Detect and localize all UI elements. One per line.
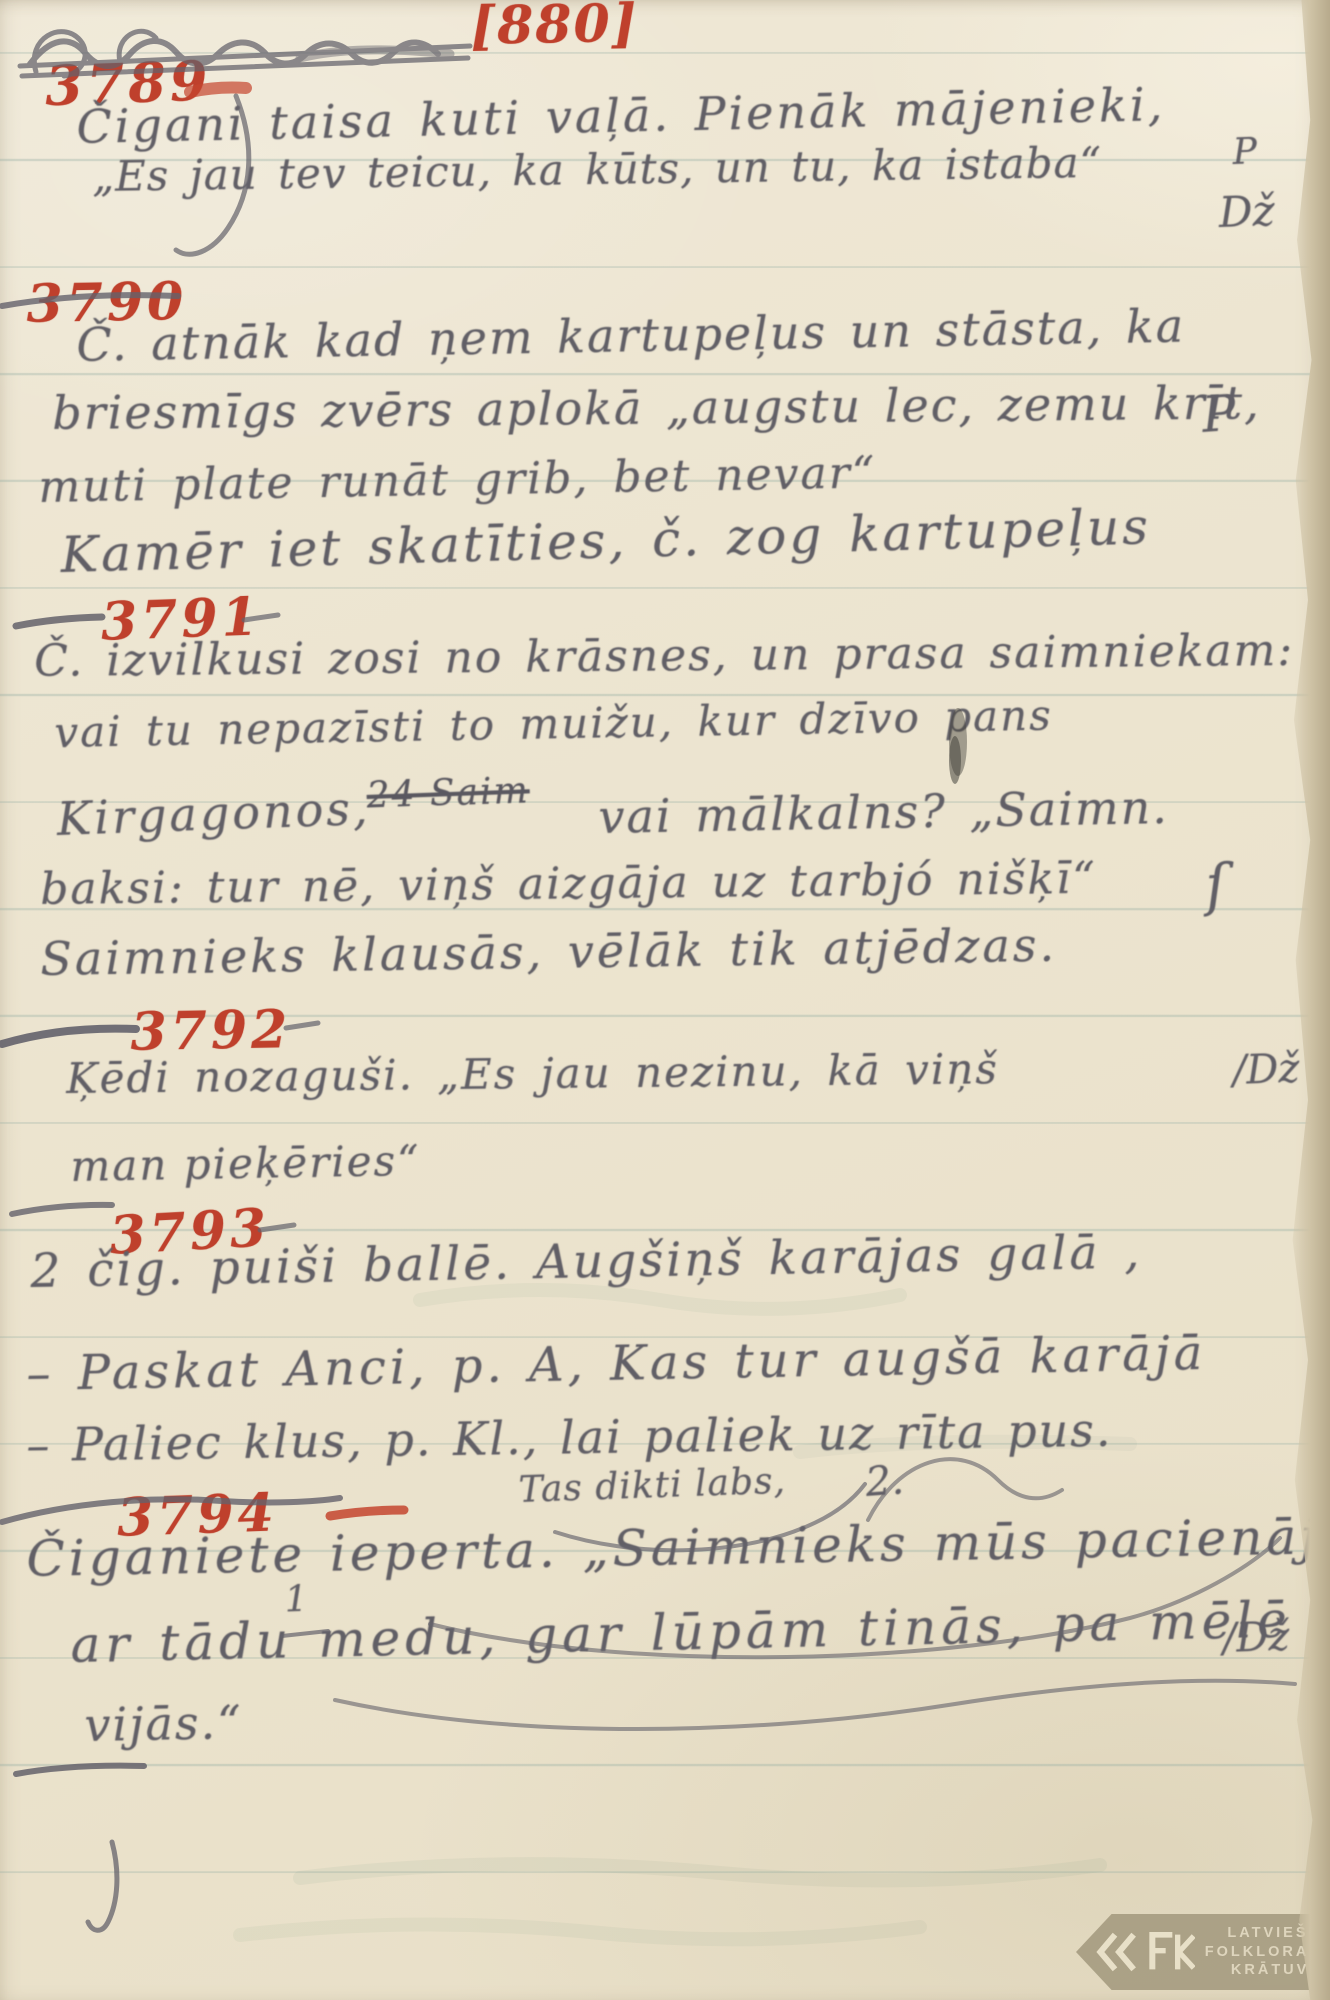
manuscript-line: vai mālkalns? „Saimn. — [598, 780, 1169, 844]
manuscript-line: Č. atnāk kad ņem kartupeļus un stāsta, k… — [76, 299, 1186, 372]
bottom-dash — [16, 1766, 144, 1774]
margin-mark-dz-3: /Dž — [1222, 1614, 1290, 1662]
manuscript-line: Ķēdi nozaguši. „Es jau nezinu, kā viņš — [66, 1044, 999, 1103]
manuscript-line: ar tādu medu, gar lūpām tinās, pa mēlē — [70, 1590, 1292, 1674]
manuscript-line: man pieķēries“ — [70, 1136, 421, 1191]
lfk-watermark: LATVIEŠU FOLKLORAS KRĀTUVE — [1076, 1914, 1330, 1990]
manuscript-line: muti plate runāt grib, bet nevar“ — [38, 447, 877, 513]
margin-mark-p: P — [1232, 131, 1258, 173]
watermark-text: LATVIEŠU FOLKLORAS KRĀTUVE — [1205, 1924, 1322, 1980]
order-mark-2: 2. — [864, 1457, 905, 1506]
margin-mark-dz-2: /Dž — [1232, 1046, 1300, 1094]
red-dash-after-3794 — [330, 1510, 404, 1516]
manuscript-page: [880] 3789 3790 3791 3792 3793 3794 Čiga… — [0, 0, 1330, 2000]
manuscript-line: Č. izvilkusi zosi no krāsnes, un prasa s… — [34, 625, 1294, 687]
interlinear-insertion: Tas dikti labs, — [518, 1461, 787, 1511]
margin-mark-dz: Dž — [1218, 186, 1275, 237]
stroke-before-3792 — [2, 1029, 136, 1044]
manuscript-line: – Paskat Anci, p. A, Kas tur augšā karāj… — [26, 1325, 1207, 1402]
stroke-before-3793 — [12, 1205, 112, 1214]
watermark-line-3: KRĀTUVE — [1205, 1961, 1322, 1980]
manuscript-line: briesmīgs zvērs aplokā „augstu lec, zemu… — [52, 375, 1261, 440]
torn-paper-edge — [1286, 0, 1330, 2000]
manuscript-line: Kirgagonos, — [56, 781, 371, 846]
manuscript-line: baksi: tur nē, viņš aizgāja uz tarbjó ni… — [40, 853, 1097, 915]
watermark-line-1: LATVIEŠU — [1205, 1924, 1322, 1943]
manuscript-line: – Paliec klus, p. Kl., lai paliek uz rīt… — [26, 1403, 1113, 1472]
dash-before-3791 — [16, 617, 102, 626]
margin-mark-p-script: P — [1200, 384, 1238, 444]
margin-mark-long-s: ſ — [1204, 853, 1228, 919]
manuscript-line: Kamēr iet skatīties, č. zog kartupeļus — [60, 497, 1152, 584]
manuscript-line: Saimnieks klausās, vēlāk tik atjēdzas. — [40, 918, 1057, 986]
manuscript-line: vai tu nepazīsti to muižu, kur dzīvo pan… — [54, 691, 1053, 757]
crossed-out-word: 24 Saim — [366, 770, 530, 817]
archive-number: [880] — [470, 0, 639, 57]
watermark-line-2: FOLKLORAS — [1205, 1943, 1322, 1962]
lfk-logo-icon — [1095, 1932, 1195, 1972]
manuscript-line: vijās.“ — [84, 1695, 243, 1752]
bottom-hook-stroke — [88, 1842, 117, 1930]
insertion-curve-d — [335, 1681, 1295, 1729]
